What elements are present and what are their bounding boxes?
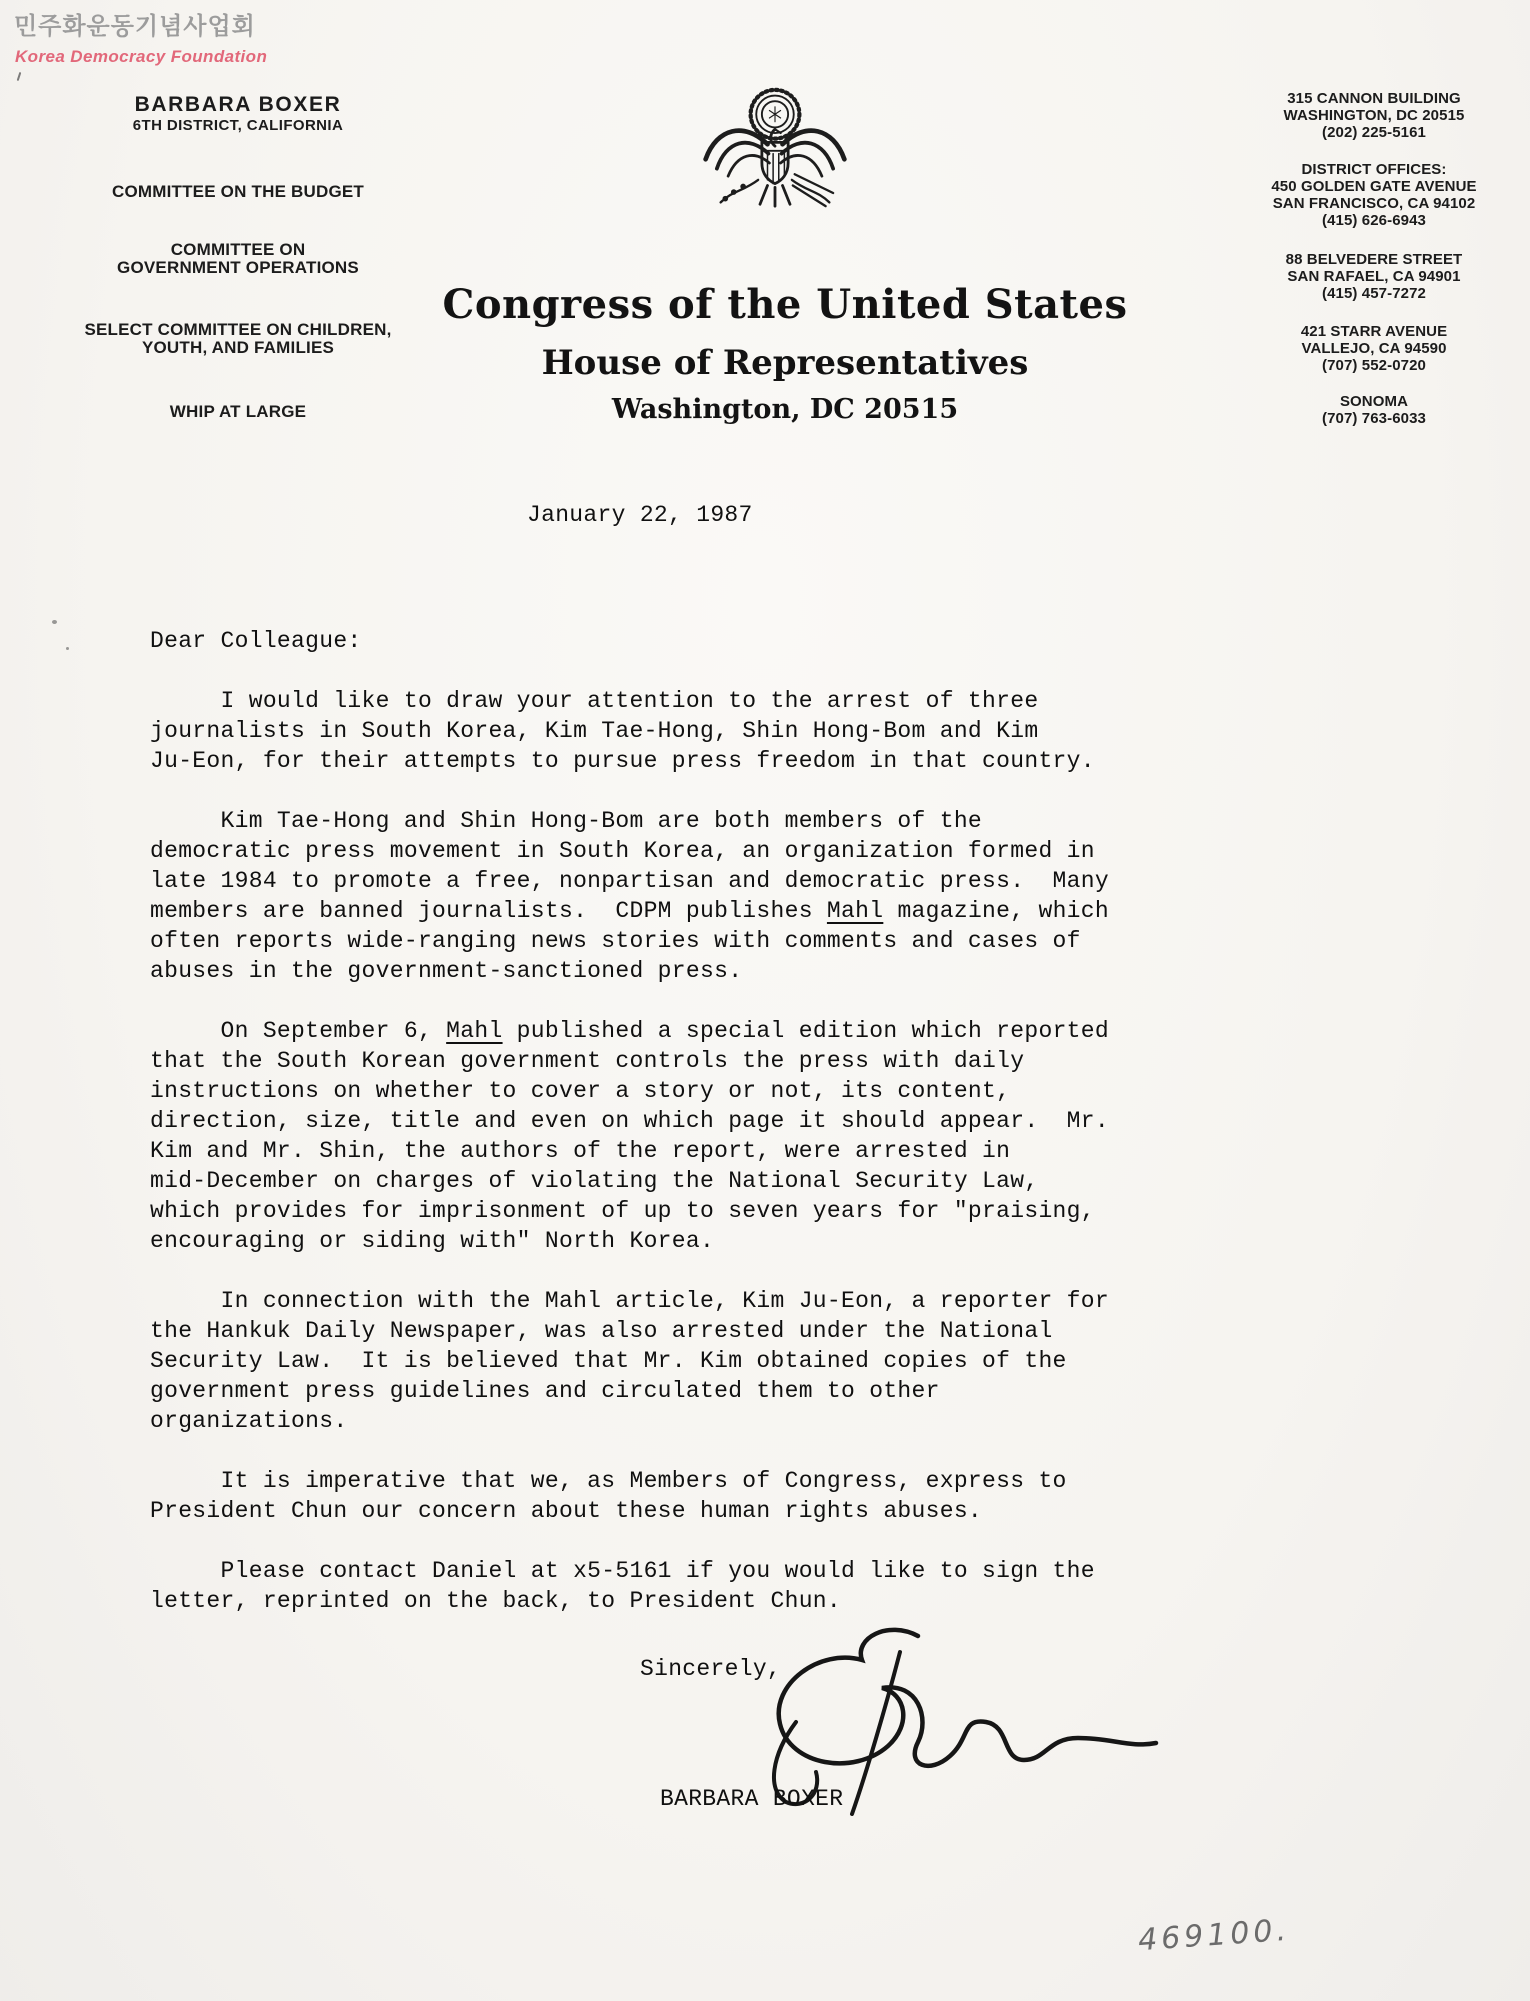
office-vallejo: 421 STARR AVENUE VALLEJO, CA 94590 (707)… [1224, 323, 1524, 374]
committee-children-youth-families: SELECT COMMITTEE ON CHILDREN, YOUTH, AND… [38, 321, 438, 357]
letter-paragraph: It is imperative that we, as Members of … [150, 1466, 1190, 1526]
committee-government-operations: COMMITTEE ON GOVERNMENT OPERATIONS [38, 241, 438, 277]
office-dc: 315 CANNON BUILDING WASHINGTON, DC 20515… [1224, 90, 1524, 141]
scanned-letter-page: 민주화운동기념사업회 Korea Democracy Foundation BA… [0, 0, 1530, 2001]
heading-washington: Washington, DC 20515 [390, 394, 1180, 425]
scan-speck [52, 620, 57, 624]
office-sonoma: SONOMA (707) 763-6033 [1224, 393, 1524, 427]
member-name: BARBARA BOXER [38, 93, 438, 117]
office-san-rafael: 88 BELVEDERE STREET SAN RAFAEL, CA 94901… [1224, 251, 1524, 302]
congress-eagle-seal-icon [700, 86, 850, 240]
korea-democracy-foundation-korean-logo: 민주화운동기념사업회 [14, 6, 256, 41]
letter-signer-name: BARBARA BOXER [660, 1786, 843, 1812]
heading-house: House of Representatives [390, 343, 1180, 383]
letter-salutation: Dear Colleague: [150, 626, 1190, 656]
letter-paragraph: On September 6, Mahl published a special… [150, 1016, 1190, 1256]
letter-closing: Sincerely, [640, 1656, 781, 1682]
committee-budget: COMMITTEE ON THE BUDGET [38, 183, 438, 201]
letter-paragraph: I would like to draw your attention to t… [150, 686, 1190, 776]
scan-speck [17, 72, 22, 81]
scan-speck [66, 647, 69, 650]
letter-date: January 22, 1987 [527, 502, 753, 528]
handwritten-archive-number: 469100. [1137, 1913, 1291, 1959]
letter-paragraphs: Dear Colleague: I would like to draw you… [150, 626, 1190, 1646]
letter-paragraph: Kim Tae-Hong and Shin Hong-Bom are both … [150, 806, 1190, 986]
whip-at-large: WHIP AT LARGE [38, 403, 438, 421]
letter-paragraph: Please contact Daniel at x5-5161 if you … [150, 1556, 1190, 1616]
heading-congress: Congress of the United States [390, 281, 1180, 328]
office-san-francisco: DISTRICT OFFICES: 450 GOLDEN GATE AVENUE… [1224, 161, 1524, 229]
korea-democracy-foundation-english-logo: Korea Democracy Foundation [15, 47, 267, 67]
letter-paragraph: In connection with the Mahl article, Kim… [150, 1286, 1190, 1436]
member-district: 6TH DISTRICT, CALIFORNIA [38, 117, 438, 134]
